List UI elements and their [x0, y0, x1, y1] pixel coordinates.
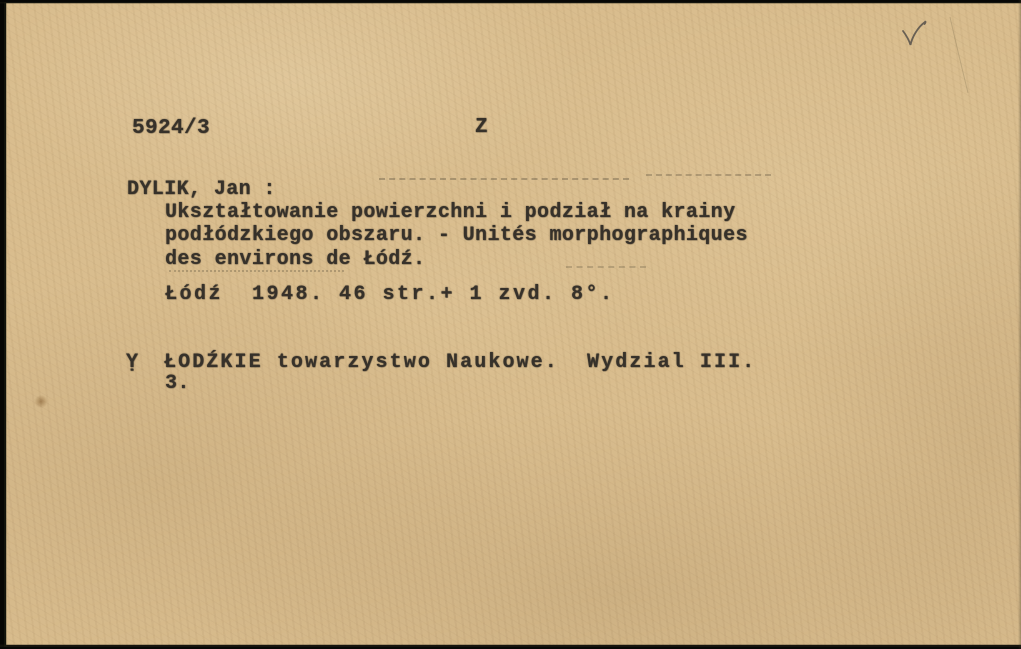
series-number: 3.: [165, 373, 190, 395]
scanned-catalog-card: 5924/3 Z DYLIK, Jan : Ukształtowanie pow…: [0, 0, 1021, 649]
card-paper: 5924/3 Z DYLIK, Jan : Ukształtowanie pow…: [6, 3, 1021, 645]
title-line: des environs de Łódź.: [165, 249, 425, 271]
imprint-line: Łódź 1948. 46 str.+ 1 zvd. 8°.: [165, 284, 615, 306]
scan-edge-left: [0, 0, 7, 649]
scan-edge-top: [0, 0, 1021, 4]
series-statement: ŁODŹKIE towarzystwo Naukowe. Wydzial III…: [164, 352, 756, 374]
ghost-dash-line: [646, 174, 771, 176]
scan-edge-bottom: [0, 644, 1021, 649]
title-line: podłódzkiego obszaru. - Unités morphogra…: [165, 225, 748, 247]
ghost-dash-line: [379, 178, 629, 180]
ghost-dash-line: [566, 266, 646, 268]
title-line: Ukształtowanie powierzchni i podział na …: [165, 202, 736, 224]
series-marker: Ỵ: [126, 352, 138, 374]
ink-stain-spot: [34, 395, 48, 408]
section-letter: Z: [475, 117, 488, 139]
paper-texture: [6, 3, 1021, 645]
paper-crease-scratch: [944, 15, 974, 95]
handwritten-checkmark: [899, 19, 933, 55]
call-number: 5924/3: [132, 118, 210, 140]
author-heading: DYLIK, Jan :: [127, 179, 276, 201]
